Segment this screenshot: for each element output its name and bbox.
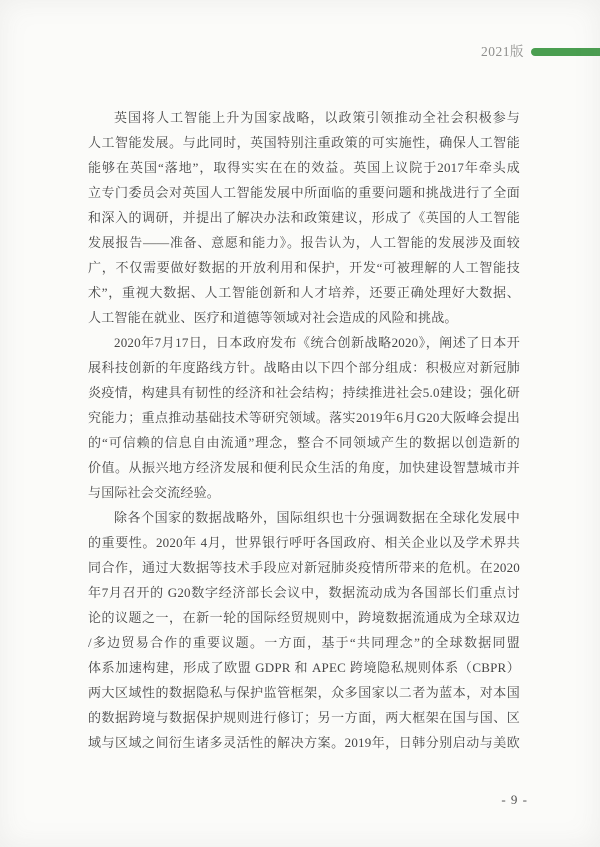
text-line: 体系加速构建，形成了欧盟 GDPR 和 APEC 跨境隐私规则体系（CBPR） (88, 655, 520, 680)
text-line: 究能力；重点推动基础技术等研究领域。落实2019年6月G20大阪峰会提出 (88, 405, 520, 430)
text-line: 展科技创新的年度路线方针。战略由以下四个部分组成：积极应对新冠肺 (88, 355, 520, 380)
text-line: 发展报告——准备、意愿和能力》。报告认为，人工智能的发展涉及面较 (88, 230, 520, 255)
text-line: 同合作，通过大数据等技术手段应对新冠肺炎疫情所带来的危机。在2020 (88, 555, 520, 580)
page-number: - 9 - (501, 792, 528, 807)
text-line: 的重要性。2020年 4月，世界银行呼吁各国政府、相关企业以及学术界共 (88, 530, 520, 555)
text-line: 的“可信赖的信息自由流通”理念，整合不同领域产生的数据以创造新的 (88, 430, 520, 455)
text-line: 术”，重视大数据、人工智能创新和人才培养，还要正确处理好大数据、 (88, 280, 520, 305)
text-line: 炎疫情，构建具有韧性的经济和社会结构；持续推进社会5.0建设；强化研 (88, 380, 520, 405)
page-footer: - 9 - (501, 792, 528, 808)
text-line: 人工智能在就业、医疗和道德等领域对社会造成的风险和挑战。 (88, 305, 520, 330)
text-line: 除各个国家的数据战略外，国际组织也十分强调数据在全球化发展中 (88, 505, 520, 530)
text-line: 域与区域之间衍生诸多灵活性的解决方案。2019年，日韩分别启动与美欧 (88, 730, 520, 755)
text-line: 能够在英国“落地”，取得实实在在的效益。英国上议院于2017年牵头成 (88, 155, 520, 180)
text-line: 2020年7月17日，日本政府发布《统合创新战略2020》，阐述了日本开 (88, 330, 520, 355)
text-line: 广，不仅需要做好数据的开放利用和保护，开发“可被理解的人工智能技 (88, 255, 520, 280)
text-line: 年7月召开的 G20数字经济部长会议中，数据流动成为各国部长们重点讨 (88, 580, 520, 605)
edition-label: 2021版 (481, 43, 524, 61)
text-line: 立专门委员会对英国人工智能发展中所面临的重要问题和挑战进行了全面 (88, 180, 520, 205)
text-line: /多边贸易合作的重要议题。一方面，基于“共同理念”的全球数据同盟 (88, 630, 520, 655)
text-line: 价值。从振兴地方经济发展和便利民众生活的角度，加快建设智慧城市并 (88, 455, 520, 480)
text-line: 人工智能发展。与此同时，英国特别注重政策的可实施性，确保人工智能 (88, 130, 520, 155)
text-line: 英国将人工智能上升为国家战略，以政策引领推动全社会积极参与 (88, 105, 520, 130)
document-page: 2021版 英国将人工智能上升为国家战略，以政策引领推动全社会积极参与人工智能发… (0, 0, 600, 847)
text-line: 和深入的调研，并提出了解决办法和政策建议，形成了《英国的人工智能 (88, 205, 520, 230)
text-line: 两大区域性的数据隐私与保护监管框架，众多国家以二者为蓝本，对本国 (88, 680, 520, 705)
header-rule (531, 48, 600, 56)
body-text: 英国将人工智能上升为国家战略，以政策引领推动全社会积极参与人工智能发展。与此同时… (88, 105, 520, 755)
page-header: 2021版 (481, 43, 600, 61)
text-line: 的数据跨境与数据保护规则进行修订；另一方面，两大框架在国与国、区 (88, 705, 520, 730)
text-line: 与国际社会交流经验。 (88, 480, 520, 505)
text-line: 论的议题之一，在新一轮的国际经贸规则中，跨境数据流通成为全球双边 (88, 605, 520, 630)
